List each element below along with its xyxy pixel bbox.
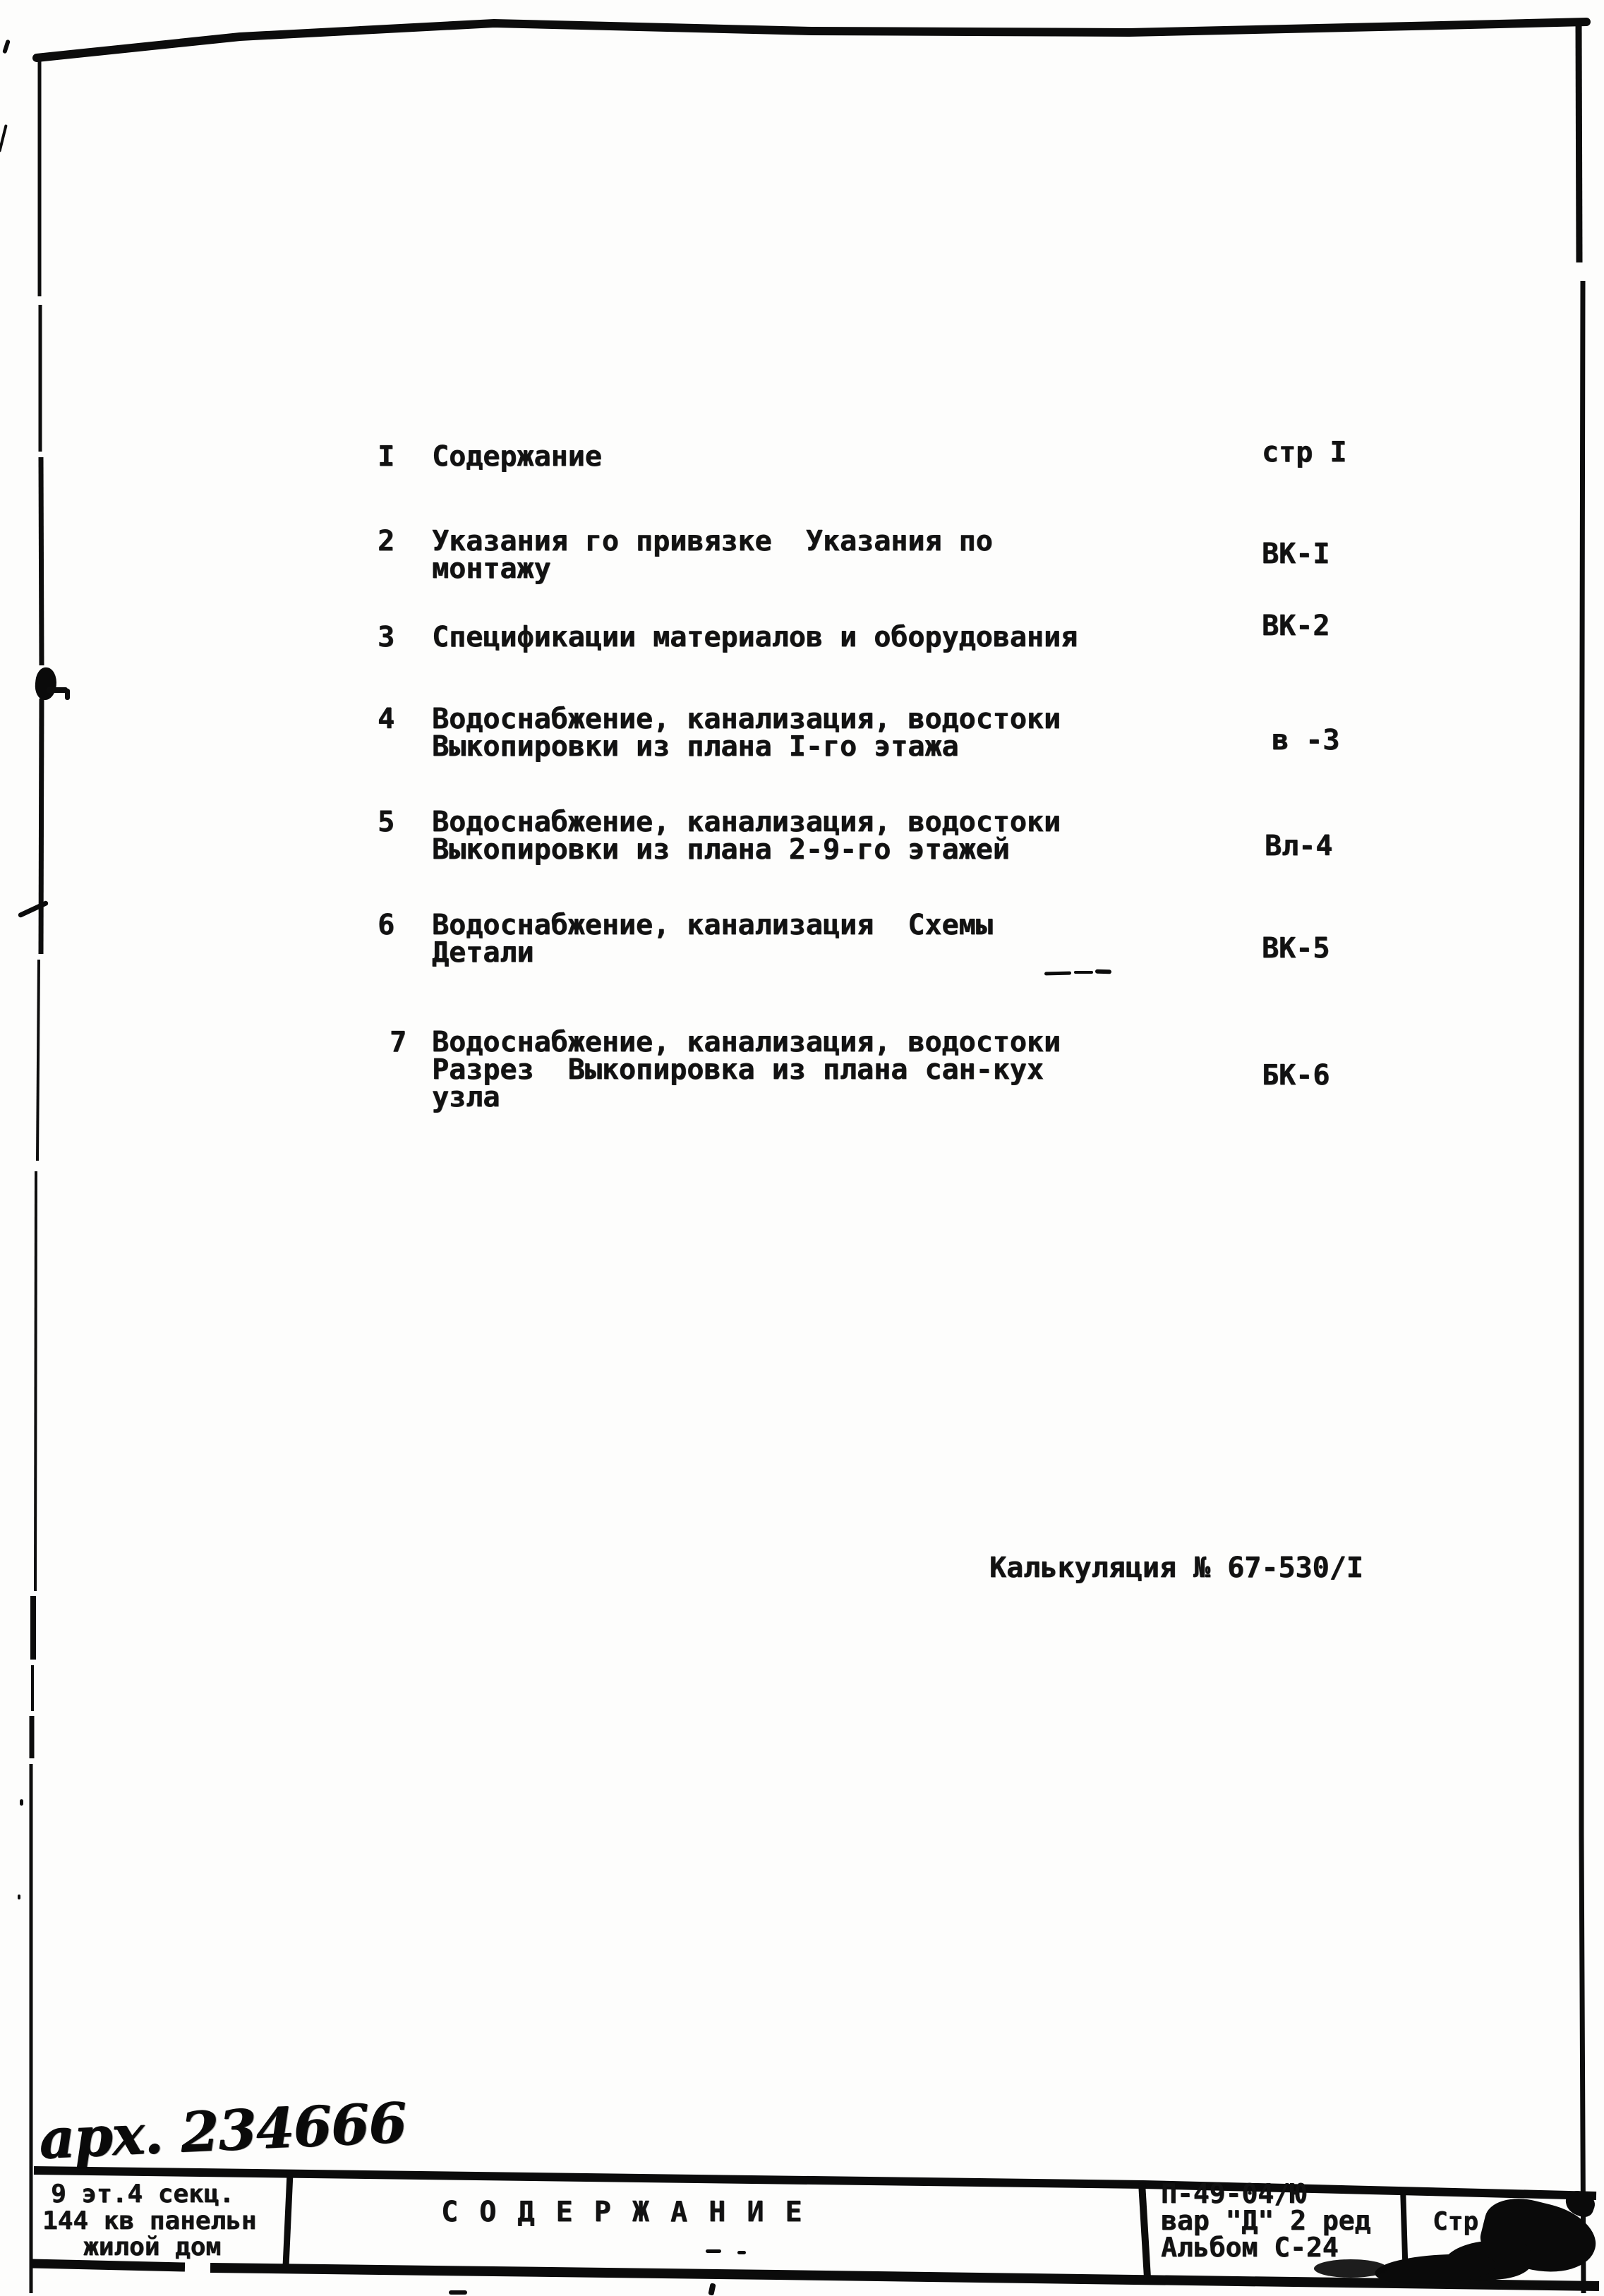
item-number: 7	[390, 1029, 406, 1056]
item-title-line	[432, 651, 1078, 679]
item-title-line: Водоснабжение, канализация, водостоки	[432, 706, 1061, 733]
scan-speck	[737, 2251, 746, 2254]
sheet-ref: ВК-I	[1262, 540, 1329, 568]
pen-dash-mark	[1074, 971, 1093, 974]
pen-dash-mark	[1044, 972, 1071, 976]
item-title: Водоснабжение, канализация Схемы Детали	[432, 912, 993, 994]
scan-speck	[2, 40, 11, 54]
object-name-line: жилой дом	[83, 2234, 221, 2261]
item-number: 4	[378, 706, 394, 733]
top-border-line	[37, 22, 1586, 58]
sheet-frame-lines	[0, 0, 1604, 2296]
sheet-ref: в -3	[1272, 727, 1339, 754]
series-line: вар "Д" 2 ред	[1161, 2207, 1370, 2234]
ink-smudge-hook	[65, 689, 70, 700]
handwritten-archive-number: арх. 234666	[37, 2091, 407, 2172]
object-name-line: 144 кв панельн	[42, 2208, 256, 2235]
item-title-line	[432, 471, 602, 498]
title-block: 9 эт.4 секц. 144 кв панельн жилой дом С …	[0, 2170, 1604, 2269]
sheet-ref: ВК-5	[1262, 935, 1329, 962]
series-line: П-49-04/Ю	[1161, 2180, 1306, 2207]
item-number: 3	[378, 624, 394, 651]
item-title-line	[432, 967, 993, 994]
item-title-line: Детали	[432, 939, 993, 967]
item-title-line: Указания го привязке Указания по	[432, 528, 993, 555]
item-title-line: Водоснабжение, канализация, водостоки	[432, 1029, 1061, 1056]
item-title: Указания го привязке Указания по монтажу	[432, 528, 993, 610]
scan-speck	[708, 2283, 716, 2295]
scan-speck	[18, 900, 49, 919]
item-title: Содержание	[432, 443, 602, 526]
calculation-note: Калькуляция № 67-530/I	[989, 1552, 1363, 1583]
scan-speck	[706, 2249, 721, 2253]
item-title-line	[432, 498, 602, 526]
item-title-line: Содержание	[432, 443, 602, 471]
sheet-ref: Вл-4	[1265, 833, 1332, 860]
item-title-line: Разрез Выкопировка из плана сан-кух	[432, 1056, 1061, 1084]
scanned-document-page: I Содержание стр I 2 Указания го привязк…	[0, 0, 1604, 2296]
item-title-line: монтажу	[432, 555, 993, 583]
item-title-line: Выкопировки из плана I-го этажа	[432, 733, 1061, 761]
scan-speck	[18, 1895, 20, 1899]
sheet-ref: ВК-2	[1262, 612, 1329, 640]
scan-speck	[0, 124, 8, 152]
item-title-line	[432, 864, 1061, 891]
scan-speck	[449, 2290, 467, 2295]
series-line: Альбом С-24	[1161, 2234, 1339, 2261]
sheet-title: С О Д Е Р Ж А Н И Е	[441, 2196, 804, 2228]
ink-blot	[1314, 2259, 1387, 2278]
item-title: Водоснабжение, канализация, водостоки Вы…	[432, 706, 1061, 788]
object-name-line: 9 эт.4 секц.	[51, 2181, 234, 2208]
item-title: Спецификации материалов и оборудования	[432, 624, 1078, 706]
sheet-ref: стр I	[1262, 439, 1346, 466]
item-number: 5	[378, 809, 394, 836]
item-title-line: Выкопировки из плана 2-9-го этажей	[432, 836, 1061, 864]
sheet-ref: БК-6	[1262, 1062, 1329, 1089]
item-title-line	[432, 583, 993, 610]
item-title: Водоснабжение, канализация, водостоки Ра…	[432, 1029, 1061, 1111]
pen-dash-mark	[1095, 969, 1111, 974]
item-number: I	[378, 443, 394, 471]
ink-smudge	[34, 667, 59, 701]
scan-speck	[20, 1799, 23, 1806]
item-number: 6	[378, 912, 394, 939]
item-title-line: узла	[432, 1084, 1061, 1111]
item-title-line: Спецификации материалов и оборудования	[432, 624, 1078, 651]
item-title-line: Водоснабжение, канализация, водостоки	[432, 809, 1061, 836]
item-title-line: Водоснабжение, канализация Схемы	[432, 912, 993, 939]
item-title: Водоснабжение, канализация, водостоки Вы…	[432, 809, 1061, 891]
item-title-line	[432, 761, 1061, 788]
item-number: 2	[378, 528, 394, 555]
